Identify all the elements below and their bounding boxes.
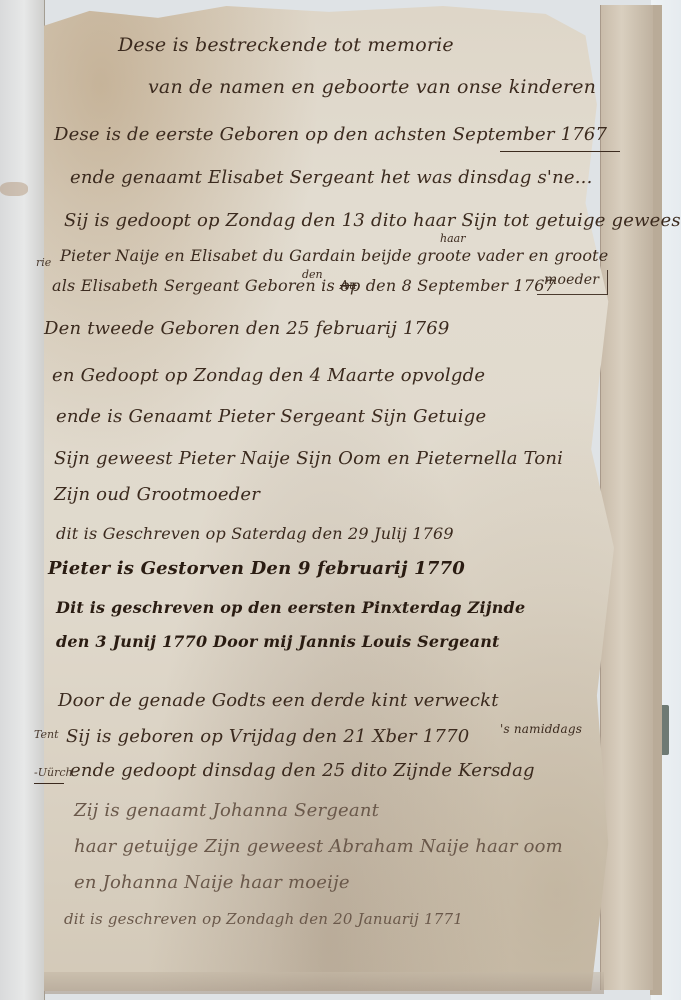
entry-3-line-4: Zij is genaamt Johanna Sergeant bbox=[74, 800, 379, 821]
entry-2-line-2: en Gedoopt op Zondag den 4 Maarte opvolg… bbox=[52, 365, 485, 386]
margin-rule bbox=[34, 783, 64, 784]
note-text-5: dit is geschreven op Zondagh den 20 Janu… bbox=[64, 910, 463, 928]
entry-3-line-6: en Johanna Naije haar moeije bbox=[74, 872, 350, 893]
entry-3-text-3: ende gedoopt dinsdag den 25 dito Zijnde … bbox=[70, 760, 535, 781]
note-line-5: dit is geschreven op Zondagh den 20 Janu… bbox=[64, 910, 463, 928]
note-text-1: dit is Geschreven op Saterdag den 29 Jul… bbox=[56, 524, 454, 543]
entry-3-text-5: haar getuijge Zijn geweest Abraham Naije… bbox=[74, 836, 563, 857]
margin-note-3: -Uürch bbox=[34, 766, 73, 779]
entry-1-text-4: Pieter Naije en Elisabet du Gardain beij… bbox=[60, 246, 608, 265]
entry-3-namiddags: 's namiddags bbox=[500, 722, 582, 736]
entry-1-text-2: ende genaamt Elisabet Sergeant het was d… bbox=[70, 167, 593, 188]
note-line-2: Pieter is Gestorven Den 9 februarij 1770 bbox=[48, 558, 465, 579]
entry-2-text-1: Den tweede Geboren den 25 februarij 1769 bbox=[44, 318, 450, 339]
note-text-3: Dit is geschreven op den eersten Pinxter… bbox=[56, 598, 525, 617]
entry-3-text-2: Sij is geboren op Vrijdag den 21 Xber 17… bbox=[66, 726, 469, 747]
entry-3-text-1: Door de genade Godts een derde kint verw… bbox=[58, 690, 499, 711]
entry-1-line-3: Sij is gedoopt op Zondag den 13 dito haa… bbox=[64, 210, 681, 231]
entry-1-line-5-end: moeder bbox=[544, 272, 599, 288]
struck-text: Au bbox=[340, 278, 357, 292]
title-line-2: van de namen en geboorte van onse kinder… bbox=[148, 76, 596, 98]
margin-note-1: rie bbox=[36, 256, 51, 269]
entry-1-line-4: Pieter Naije en Elisabet du Gardain beij… bbox=[60, 246, 608, 265]
entry-2-text-4: Sijn geweest Pieter Naije Sijn Oom en Pi… bbox=[54, 448, 563, 469]
superscript-haar: haar bbox=[440, 232, 465, 245]
note-line-4: den 3 Junij 1770 Door mij Jannis Louis S… bbox=[56, 632, 500, 651]
entry-3-line-2-end: 's namiddags bbox=[500, 722, 582, 736]
entry-1-moeder: moeder bbox=[544, 272, 599, 288]
superscript-den: den bbox=[302, 268, 323, 281]
entry-2-text-2: en Gedoopt op Zondag den 4 Maarte opvolg… bbox=[52, 365, 485, 386]
ink-rule bbox=[500, 151, 620, 152]
entry-3-text-4: Zij is genaamt Johanna Sergeant bbox=[74, 800, 379, 821]
facing-page-edge bbox=[0, 0, 45, 1000]
entry-2-text-3: ende is Genaamt Pieter Sergeant Sijn Get… bbox=[56, 406, 486, 427]
entry-3-line-3: ende gedoopt dinsdag den 25 dito Zijnde … bbox=[70, 760, 535, 781]
title-text-2: van de namen en geboorte van onse kinder… bbox=[148, 76, 596, 98]
note-text-4: den 3 Junij 1770 Door mij Jannis Louis S… bbox=[56, 632, 500, 651]
page-bottom-edge bbox=[44, 972, 604, 994]
entry-1-text-3: Sij is gedoopt op Zondag den 13 dito haa… bbox=[64, 210, 681, 231]
entry-3-line-1: Door de genade Godts een derde kint verw… bbox=[58, 690, 499, 711]
entry-2-line-3: ende is Genaamt Pieter Sergeant Sijn Get… bbox=[56, 406, 486, 427]
entry-3-text-6: en Johanna Naije haar moeije bbox=[74, 872, 350, 893]
entry-2-line-1: Den tweede Geboren den 25 februarij 1769 bbox=[44, 318, 450, 339]
margin-note-2: Tent bbox=[34, 728, 59, 741]
entry-1-line-2: ende genaamt Elisabet Sergeant het was d… bbox=[70, 167, 593, 188]
title-line-1: Dese is bestreckende tot memorie bbox=[118, 34, 454, 56]
note-line-3: Dit is geschreven op den eersten Pinxter… bbox=[56, 598, 525, 617]
note-line-1: dit is Geschreven op Saterdag den 29 Jul… bbox=[56, 524, 454, 543]
entry-1-text-1: Dese is de eerste Geboren op den achsten… bbox=[54, 124, 607, 145]
note-text-2: Pieter is Gestorven Den 9 februarij 1770 bbox=[48, 558, 465, 579]
entry-3-line-5: haar getuijge Zijn geweest Abraham Naije… bbox=[74, 836, 563, 857]
entry-2-text-5: Zijn oud Grootmoeder bbox=[54, 484, 260, 505]
entry-3-line-2: Sij is geboren op Vrijdag den 21 Xber 17… bbox=[66, 726, 469, 747]
entry-2-line-4: Sijn geweest Pieter Naije Sijn Oom en Pi… bbox=[54, 448, 563, 469]
struck-word: Au bbox=[340, 278, 357, 292]
ink-stain bbox=[0, 182, 28, 196]
entry-1-line-1: Dese is de eerste Geboren op den achsten… bbox=[54, 124, 607, 145]
entry-2-line-5: Zijn oud Grootmoeder bbox=[54, 484, 260, 505]
title-text-1: Dese is bestreckende tot memorie bbox=[118, 34, 454, 56]
